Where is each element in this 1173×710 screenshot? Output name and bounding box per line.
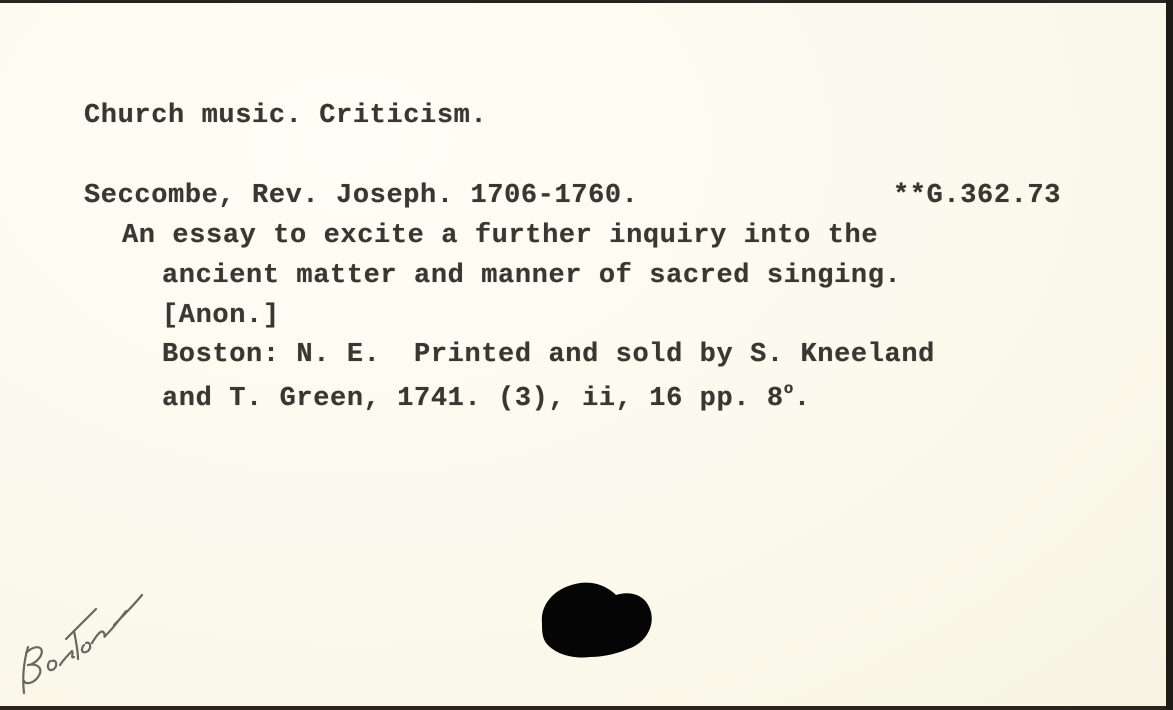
format-suffix: . (794, 384, 811, 414)
catalog-card: Church music. Criticism. Seccombe, Rev. … (0, 3, 1166, 706)
title-line-2: ancient matter and manner of sacred sing… (162, 261, 901, 291)
title-anon-note: [Anon.] (162, 301, 280, 331)
imprint-line-1: Boston: N. E. Printed and sold by S. Kne… (162, 340, 935, 370)
title-line-1: An essay to excite a further inquiry int… (122, 221, 878, 251)
imprint-line-2: and T. Green, 1741. (3), ii, 16 pp. 8o. (162, 380, 811, 414)
handwritten-note: Boston (14, 581, 154, 701)
ink-blot (536, 579, 656, 661)
imprint-text: and T. Green, 1741. (3), ii, 16 pp. 8 (162, 384, 784, 414)
call-number: **G.362.73 (893, 181, 1061, 211)
subject-heading: Church music. Criticism. (84, 101, 487, 131)
card-edge (1166, 0, 1173, 710)
format-degree: o (784, 380, 794, 398)
author-line: Seccombe, Rev. Joseph. 1706-1760. (84, 181, 639, 211)
